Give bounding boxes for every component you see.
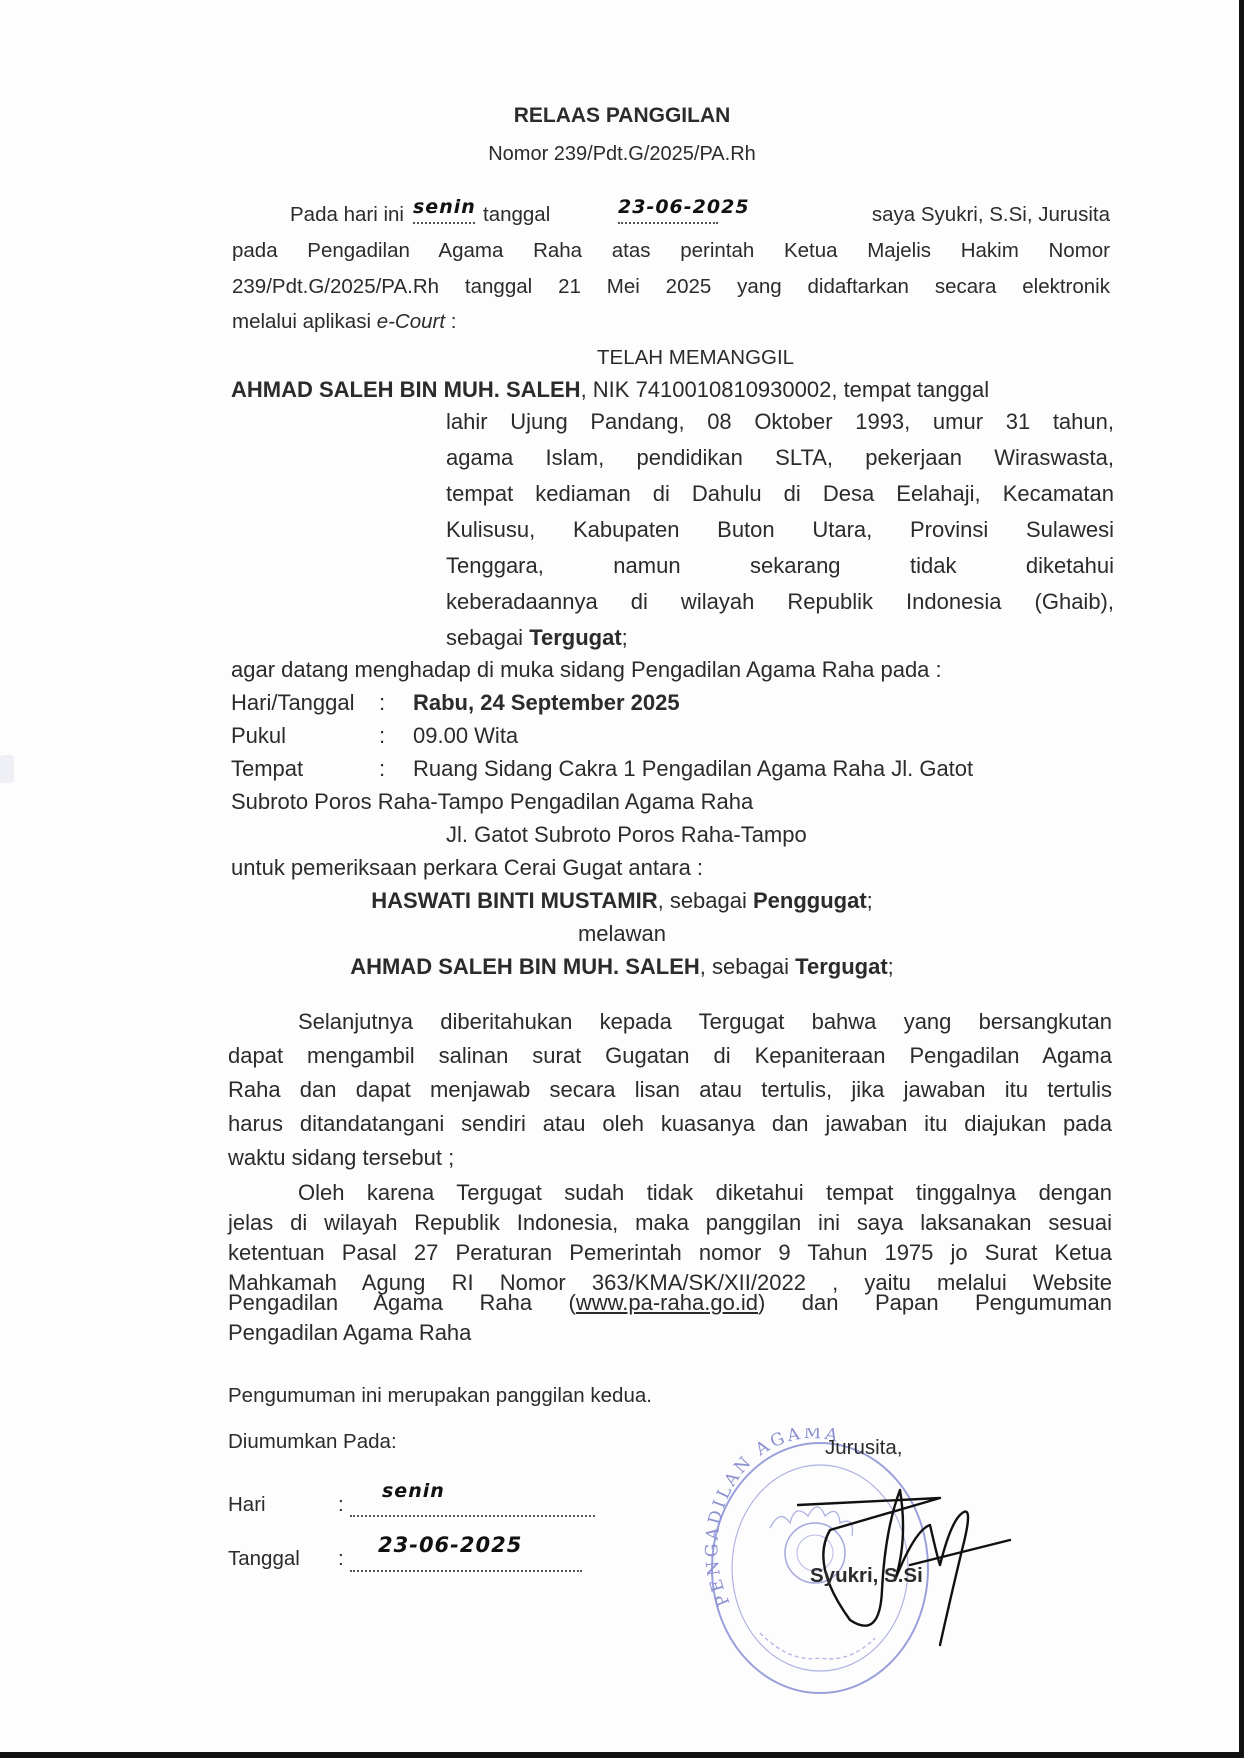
handwritten-published-day: senin: [382, 1480, 445, 1502]
ecourt-term: e-Court: [377, 310, 445, 333]
intro-line-2: pada Pengadilan Agama Raha atas perintah…: [232, 239, 1110, 263]
plaintiff-name: HASWATI BINTI MUSTAMIR: [371, 888, 657, 913]
handwritten-published-date: 23-06-2025: [378, 1533, 522, 1557]
hearing-row-place: Tempat:Ruang Sidang Cakra 1 Pengadilan A…: [231, 756, 973, 782]
plaintiff-line: HASWATI BINTI MUSTAMIR, sebagai Pengguga…: [0, 888, 1244, 914]
summoned-heading: TELAH MEMANGGIL: [597, 346, 794, 370]
notice-line: harus ditandatangani sendiri atau oleh k…: [228, 1111, 1112, 1137]
published-day-dotted-line: [350, 1515, 595, 1517]
legal-line-5: Pengadilan Agama Raha (www.pa-raha.go.id…: [228, 1290, 1112, 1316]
versus-label: melawan: [0, 921, 1244, 947]
scan-edge-right: [1239, 0, 1244, 1758]
legal-line: ketentuan Pasal 27 Peraturan Pemerintah …: [228, 1240, 1112, 1266]
published-date-dotted-line: [350, 1570, 582, 1572]
defendant-line: AHMAD SALEH BIN MUH. SALEH, sebagai Terg…: [0, 954, 1244, 980]
summoned-first-line: AHMAD SALEH BIN MUH. SALEH, NIK 74100108…: [231, 377, 1115, 403]
summoned-detail-line: lahir Ujung Pandang, 08 Oktober 1993, um…: [446, 409, 1114, 435]
published-on-label: Diumumkan Pada:: [228, 1430, 397, 1454]
summoned-detail-line: agama Islam, pendidikan SLTA, pekerjaan …: [446, 445, 1114, 471]
hearing-place-cont: Subroto Poros Raha-Tampo Pengadilan Agam…: [231, 789, 753, 815]
notice-line: Selanjutnya diberitahukan kepada Terguga…: [298, 1009, 1112, 1035]
summoned-detail-line: keberadaannya di wilayah Republik Indone…: [446, 589, 1114, 615]
legal-line: Oleh karena Tergugat sudah tidak diketah…: [298, 1180, 1112, 1206]
signatory-name: Syukri, S.Si: [810, 1564, 923, 1588]
hearing-row-time: Pukul:09.00 Wita: [231, 723, 518, 749]
summoned-detail-line: Kulisusu, Kabupaten Buton Utara, Provins…: [446, 517, 1114, 543]
signatory-role: Jurusita,: [825, 1436, 902, 1460]
legal-line-6: Pengadilan Agama Raha: [228, 1320, 471, 1346]
summoned-role: sebagai Tergugat;: [446, 625, 628, 651]
defendant-name: AHMAD SALEH BIN MUH. SALEH: [231, 377, 581, 402]
notice-line: Raha dan dapat menjawab secara lisan ata…: [228, 1077, 1112, 1103]
day-dotted-line: [413, 222, 475, 224]
scan-edge-bottom: [0, 1752, 1244, 1758]
website-link[interactable]: www.pa-raha.go.id: [576, 1290, 758, 1315]
intro-line-1-end: saya Syukri, S.Si, Jurusita: [728, 203, 1110, 227]
case-number: Nomor 239/Pdt.G/2025/PA.Rh: [0, 143, 1244, 166]
handwritten-signature-icon: [790, 1470, 1030, 1650]
scan-artifact: [0, 755, 14, 783]
handwritten-day: senin: [413, 196, 476, 218]
day-sep: :: [338, 1493, 344, 1517]
date-sep: :: [338, 1547, 344, 1571]
summoned-detail-line: Tenggara, namun sekarang tidak diketahui: [446, 553, 1114, 579]
document-title: RELAAS PANGGILAN: [0, 104, 1244, 128]
intro-line-1-start: Pada hari ini: [290, 203, 404, 227]
date-dotted-line: [618, 222, 718, 224]
day-label: Hari: [228, 1493, 266, 1517]
summoned-detail-line: tempat kediaman di Dahulu di Desa Eelaha…: [446, 481, 1114, 507]
legal-line: jelas di wilayah Republik Indonesia, mak…: [228, 1210, 1112, 1236]
date-label: Tanggal: [228, 1547, 300, 1571]
case-intro: untuk pemeriksaan perkara Cerai Gugat an…: [231, 855, 703, 881]
intro-line-4: melalui aplikasi e-Court :: [232, 310, 456, 334]
notice-line: dapat mengambil salinan surat Gugatan di…: [228, 1043, 1112, 1069]
notice-line: waktu sidang tersebut ;: [228, 1145, 1112, 1171]
hearing-intro: agar datang menghadap di muka sidang Pen…: [231, 657, 942, 683]
document-page: RELAAS PANGGILAN Nomor 239/Pdt.G/2025/PA…: [0, 0, 1240, 1752]
intro-line-3: 239/Pdt.G/2025/PA.Rh tanggal 21 Mei 2025…: [232, 275, 1110, 299]
announcement-text: Pengumuman ini merupakan panggilan kedua…: [228, 1384, 652, 1408]
intro-tanggal-label: tanggal: [483, 203, 550, 227]
hearing-row-date: Hari/Tanggal:Rabu, 24 September 2025: [231, 690, 680, 716]
hearing-place-cont2: Jl. Gatot Subroto Poros Raha-Tampo: [446, 822, 807, 848]
